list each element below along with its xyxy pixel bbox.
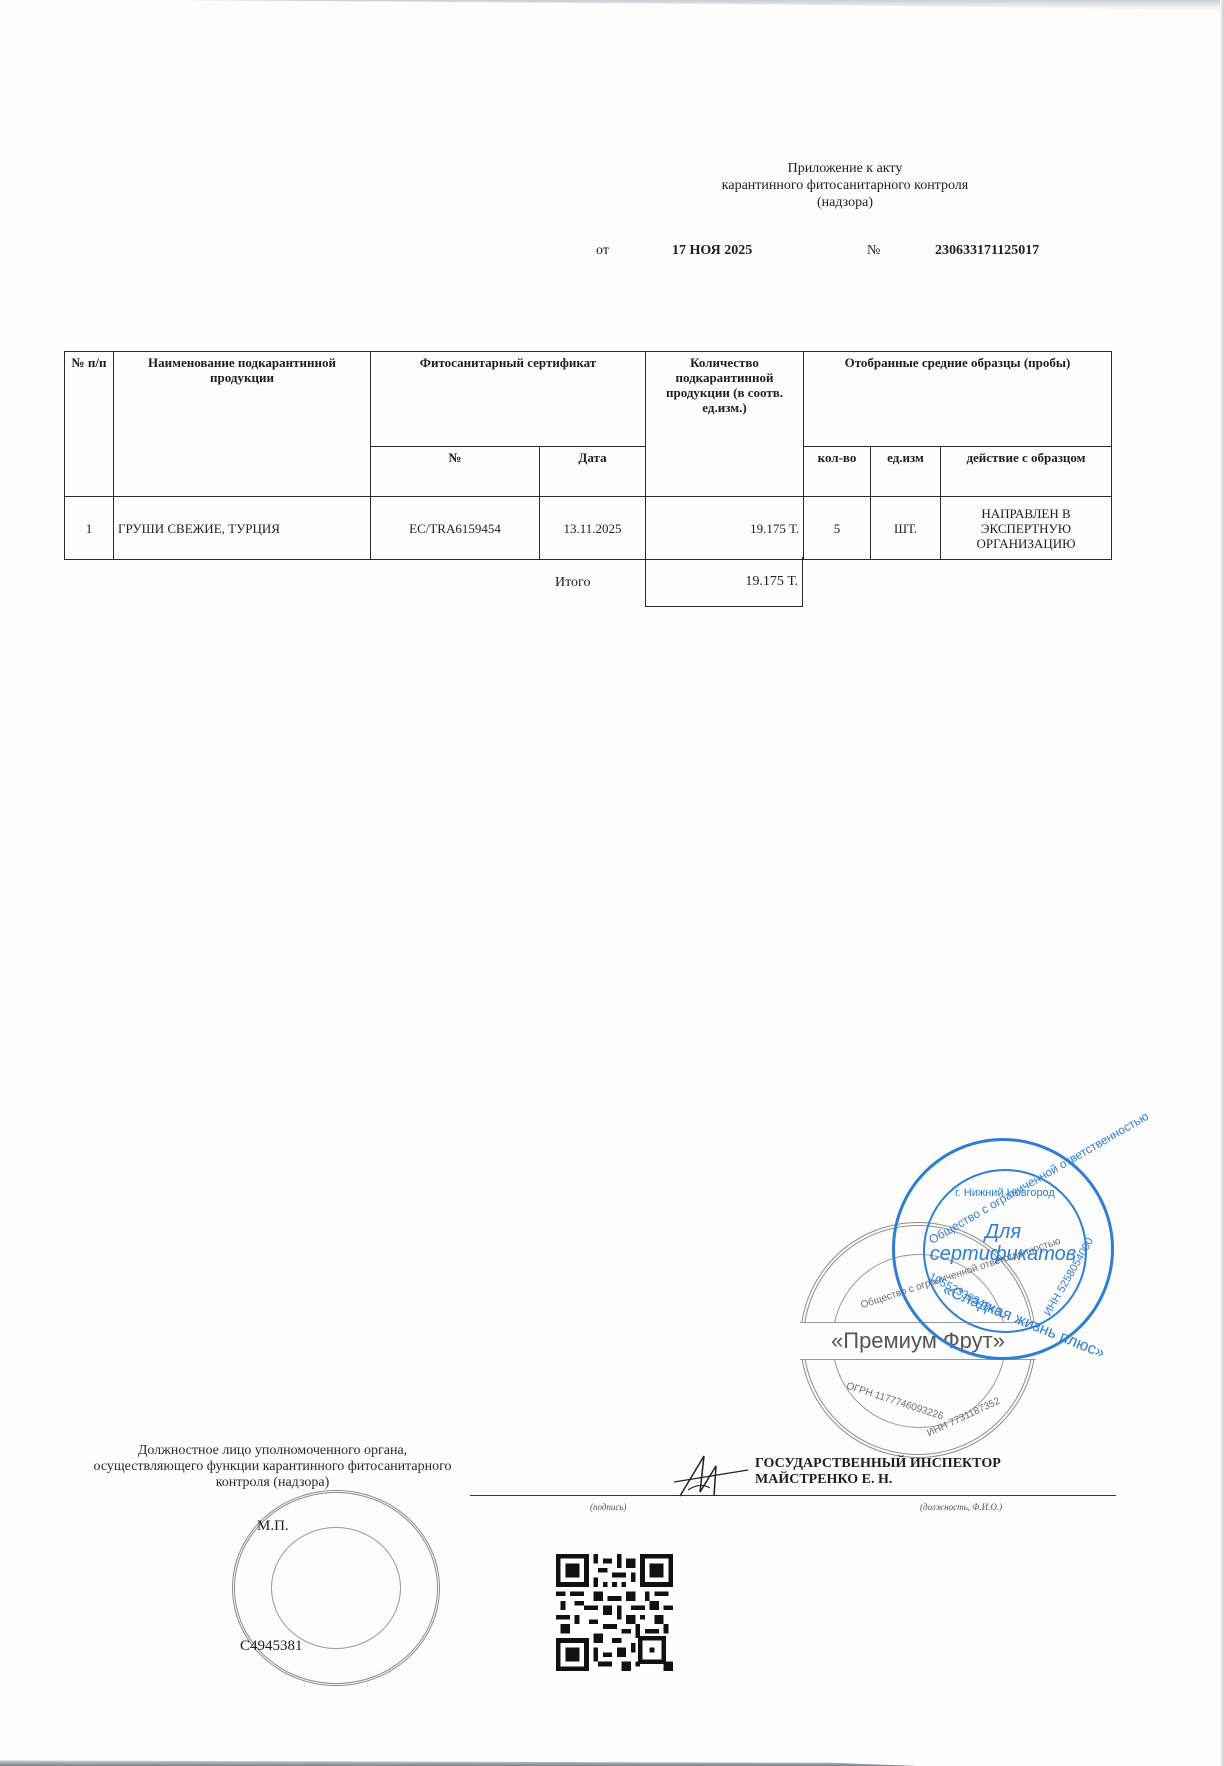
act-number: 230633171125017 [935,243,1039,259]
qr-code-icon [556,1553,673,1672]
header-product-name: Наименование подкарантинной продукции [114,352,371,497]
inspector-title: ГОСУДАРСТВЕННЫЙ ИНСПЕКТОР [755,1456,1001,1472]
cell-cert-date: 13.11.2025 [540,497,646,560]
table-row: 1 ГРУШИ СВЕЖИЕ, ТУРЦИЯ EC/TRA6159454 13.… [65,497,1112,560]
cell-cert-no: EC/TRA6159454 [371,497,540,560]
mp-label: М.П. [257,1518,289,1535]
appendix-title-line2: карантинного фитосанитарного контроля [640,177,1050,194]
inspector-block: ГОСУДАРСТВЕННЫЙ ИНСПЕКТОР МАЙСТРЕНКО Е. … [755,1456,1001,1488]
appendix-title: Приложение к акту карантинного фитосанит… [640,160,1050,211]
stamp-center-line1: Для [895,1221,1111,1244]
appendix-title-line1: Приложение к акту [640,160,1050,177]
scan-edge-bottom [0,1758,1224,1766]
cell-sample-unit: ШТ. [871,497,941,560]
header-certificate: Фитосанитарный сертификат [371,352,646,447]
header-sample-action: действие с образцом [941,447,1112,497]
cell-product: ГРУШИ СВЕЖИЕ, ТУРЦИЯ [114,497,371,560]
stamp-city: г. Нижний Новгород [955,1187,1055,1199]
company-stamp-sladkaya-zhizn: Общество с ограниченной ответственностью… [892,1138,1114,1360]
scan-edge-top [0,0,1224,10]
quarantine-products-table: № п/п Наименование подкарантинной продук… [64,351,1112,560]
scan-edge-right [1220,0,1224,1766]
form-serial-number: С4945381 [240,1638,303,1655]
header-cert-date: Дата [540,447,646,497]
signature-line [470,1495,1116,1496]
inspector-name: МАЙСТРЕНКО Е. Н. [755,1472,1001,1488]
seal-inner-ring [271,1527,401,1649]
from-label: от [596,243,609,259]
position-caption: (должность, Ф.И.О.) [920,1502,1002,1512]
header-cert-no: № [371,447,540,497]
cell-quantity: 19.175 Т. [646,497,804,560]
official-caption: Должностное лицо уполномоченного органа,… [90,1443,455,1491]
signature-icon [670,1452,750,1500]
number-label: № [867,243,880,259]
signature-caption: (подпись) [590,1502,627,1512]
header-row-no: № п/п [65,352,114,497]
appendix-title-line3: (надзора) [640,194,1050,211]
total-label: Итого [555,575,590,591]
header-sample-unit: ед.изм [871,447,941,497]
cell-sample-action: НАПРАВЛЕН В ЭКСПЕРТНУЮ ОРГАНИЗАЦИЮ [941,497,1112,560]
cell-row-no: 1 [65,497,114,560]
header-samples: Отобранные средние образцы (пробы) [804,352,1112,447]
act-date: 17 НОЯ 2025 [672,243,752,259]
cell-sample-qty: 5 [804,497,871,560]
header-quantity: Количество подкарантинной продукции (в с… [646,352,804,497]
total-value: 19.175 Т. [645,557,803,607]
header-sample-qty: кол-во [804,447,871,497]
